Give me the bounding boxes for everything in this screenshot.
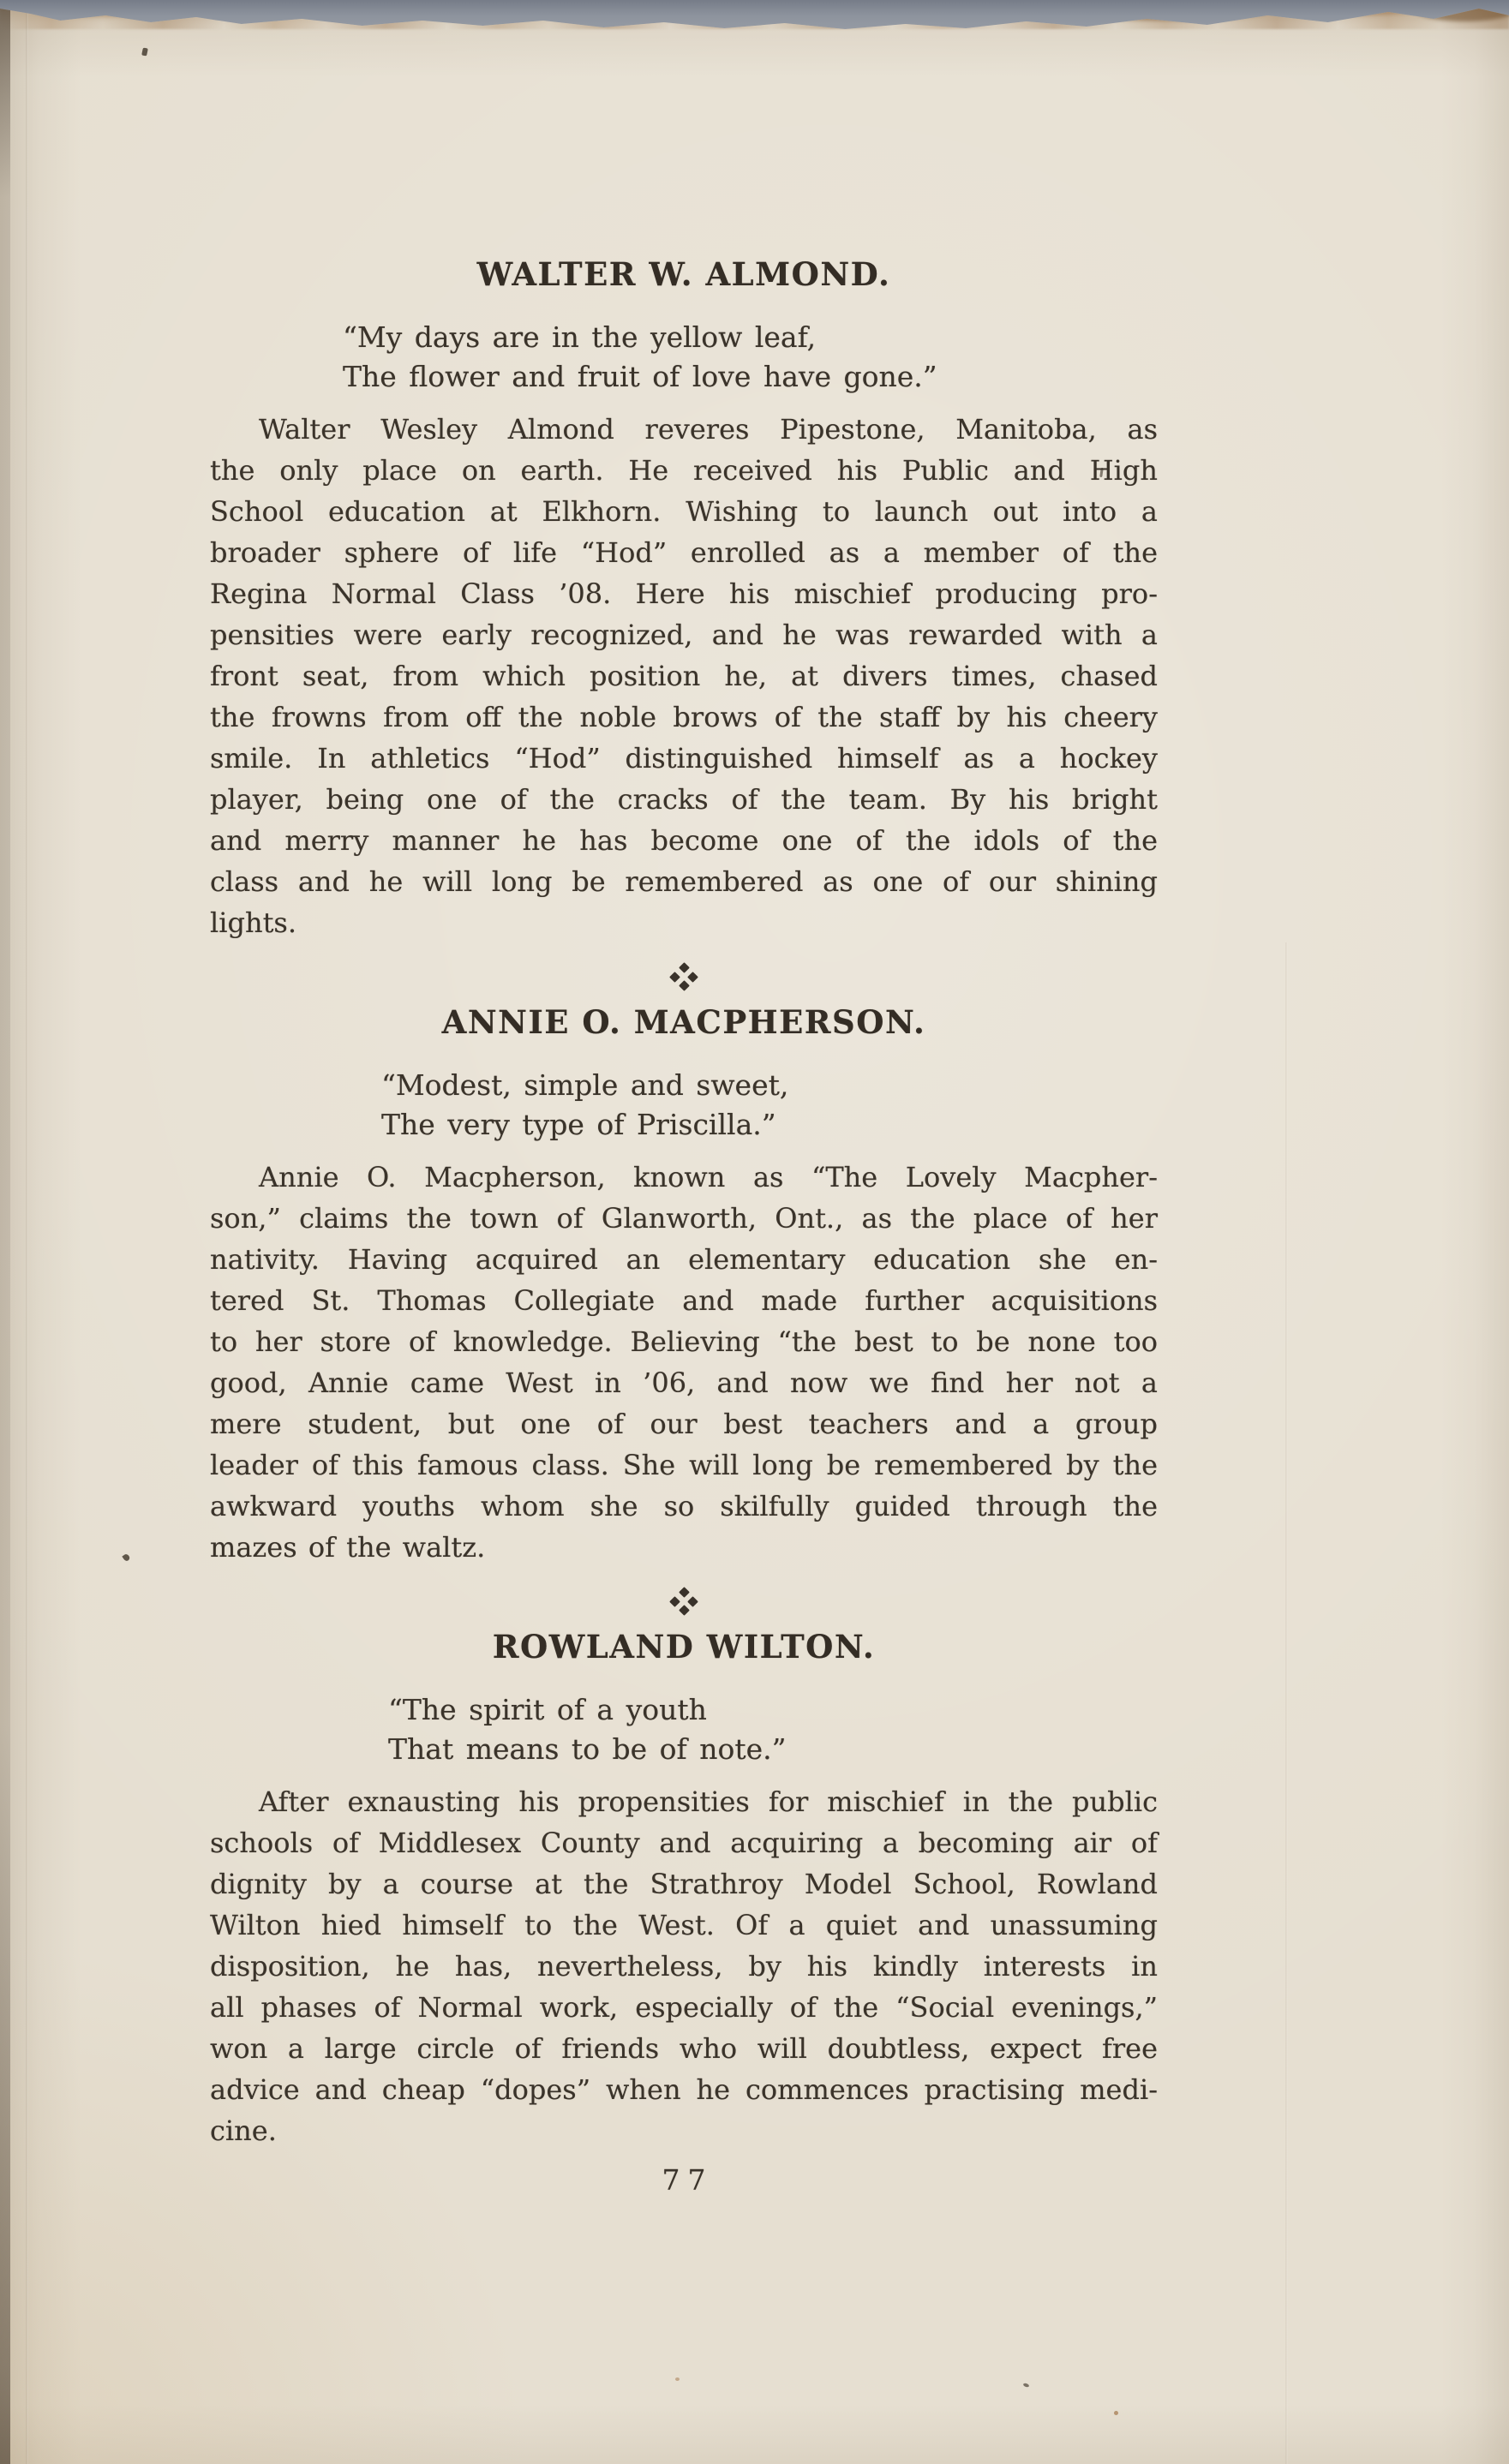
edge-stain (1058, 0, 1272, 21)
epigraph-line: “The spirit of a youth (388, 1690, 1158, 1730)
page-crease (1285, 942, 1288, 2464)
text-line: Walter Wesley Almond reveres Pipestone, … (210, 409, 1158, 450)
text-line: won a large circle of friends who will d… (210, 2028, 1158, 2069)
profile-heading: ROWLAND WILTON. (210, 1626, 1158, 1667)
ornament-arm (679, 1605, 690, 1616)
epigraph-line: The very type of Priscilla.” (381, 1105, 1158, 1145)
epigraph: “My days are in the yellow leaf,The flow… (343, 318, 1158, 397)
text-line: good, Annie came West in ’06, and now we… (210, 1362, 1158, 1403)
edge-stain (1281, 0, 1427, 15)
profile-section: ROWLAND WILTON. “The spirit of a youthTh… (210, 1626, 1158, 2151)
text-line: to her store of knowledge. Believing “th… (210, 1321, 1158, 1362)
book-page: WALTER W. ALMOND. “My days are in the ye… (0, 0, 1509, 2464)
text-line: leader of this famous class. She will lo… (210, 1444, 1158, 1486)
sections: WALTER W. ALMOND. “My days are in the ye… (210, 254, 1158, 2151)
profile-heading: ANNIE O. MACPHERSON. (210, 1002, 1158, 1043)
profile-section: WALTER W. ALMOND. “My days are in the ye… (210, 254, 1158, 943)
text-line: Annie O. Macpherson, known as “The Lovel… (210, 1157, 1158, 1198)
ornament-arm (679, 980, 690, 991)
text-line: Regina Normal Class ’08. Here his mischi… (210, 573, 1158, 614)
ink-speck (122, 1553, 130, 1563)
text-line: advice and cheap “dopes” when he commenc… (210, 2069, 1158, 2110)
text-line: the frowns from off the noble brows of t… (210, 697, 1158, 738)
text-line: lights. (210, 902, 1158, 943)
epigraph: “The spirit of a youthThat means to be o… (388, 1690, 1158, 1769)
ink-speck (141, 47, 148, 56)
section-divider-ornament (671, 964, 697, 990)
epigraph-line: “My days are in the yellow leaf, (343, 318, 1158, 357)
epigraph-line: That means to be of note.” (388, 1730, 1158, 1769)
text-line: broader sphere of life “Hod” enrolled as… (210, 532, 1158, 573)
text-line: and merry manner he has become one of th… (210, 820, 1158, 861)
binding-shadow (0, 0, 10, 2464)
biography-paragraph: After exnausting his propensities for mi… (210, 1781, 1158, 2151)
ornament-arm (669, 1596, 680, 1607)
ink-speck (1114, 2411, 1118, 2415)
ornament-arm (679, 962, 690, 973)
epigraph-line: “Modest, simple and sweet, (381, 1066, 1158, 1105)
edge-stain (865, 4, 977, 15)
ornament-arm (679, 1587, 690, 1598)
profile-section: ANNIE O. MACPHERSON. “Modest, simple and… (210, 1002, 1158, 1568)
text-line: disposition, he has, nevertheless, by hi… (210, 1946, 1158, 1987)
section-divider-ornament (671, 1588, 697, 1614)
text-line: Wilton hied himself to the West. Of a qu… (210, 1905, 1158, 1946)
text-line: all phases of Normal work, especially of… (210, 1987, 1158, 2028)
text-line: cine. (210, 2110, 1158, 2151)
ornament-arm (687, 1596, 698, 1607)
gutter-crease (26, 0, 28, 2464)
text-line: School education at Elkhorn. Wishing to … (210, 491, 1158, 532)
text-line: awkward youths whom she so skilfully gui… (210, 1486, 1158, 1527)
page-content: WALTER W. ALMOND. “My days are in the ye… (210, 0, 1158, 2201)
page-number: 77 (210, 2160, 1158, 2201)
epigraph-line: The flower and fruit of love have gone.” (343, 357, 1158, 397)
edge-stain (34, 5, 163, 17)
text-line: class and he will long be remembered as … (210, 861, 1158, 902)
ornament-arm (687, 972, 698, 983)
scanned-book-photo: { "page": { "number": "77" }, "sections"… (0, 0, 1509, 2464)
text-line: pensities were early recognized, and he … (210, 614, 1158, 655)
text-line: mazes of the waltz. (210, 1527, 1158, 1568)
text-line: smile. In athletics “Hod” distinguished … (210, 738, 1158, 779)
text-line: the only place on earth. He received his… (210, 450, 1158, 491)
ink-speck (675, 2377, 680, 2381)
ornament-arm (669, 972, 680, 983)
ink-speck (1023, 2383, 1030, 2388)
text-line: son,” claims the town of Glanworth, Ont.… (210, 1198, 1158, 1239)
text-line: schools of Middlesex County and acquirin… (210, 1822, 1158, 1863)
text-line: dignity by a course at the Strathroy Mod… (210, 1863, 1158, 1905)
edge-stain (480, 3, 643, 14)
text-line: front seat, from which position he, at d… (210, 655, 1158, 697)
text-line: After exnausting his propensities for mi… (210, 1781, 1158, 1822)
text-line: tered St. Thomas Collegiate and made fur… (210, 1280, 1158, 1321)
epigraph: “Modest, simple and sweet,The very type … (381, 1066, 1158, 1145)
biography-paragraph: Walter Wesley Almond reveres Pipestone, … (210, 409, 1158, 943)
profile-heading: WALTER W. ALMOND. (210, 254, 1158, 295)
text-line: nativity. Having acquired an elementary … (210, 1239, 1158, 1280)
text-line: mere student, but one of our best teache… (210, 1403, 1158, 1444)
biography-paragraph: Annie O. Macpherson, known as “The Lovel… (210, 1157, 1158, 1568)
text-line: player, being one of the cracks of the t… (210, 779, 1158, 820)
